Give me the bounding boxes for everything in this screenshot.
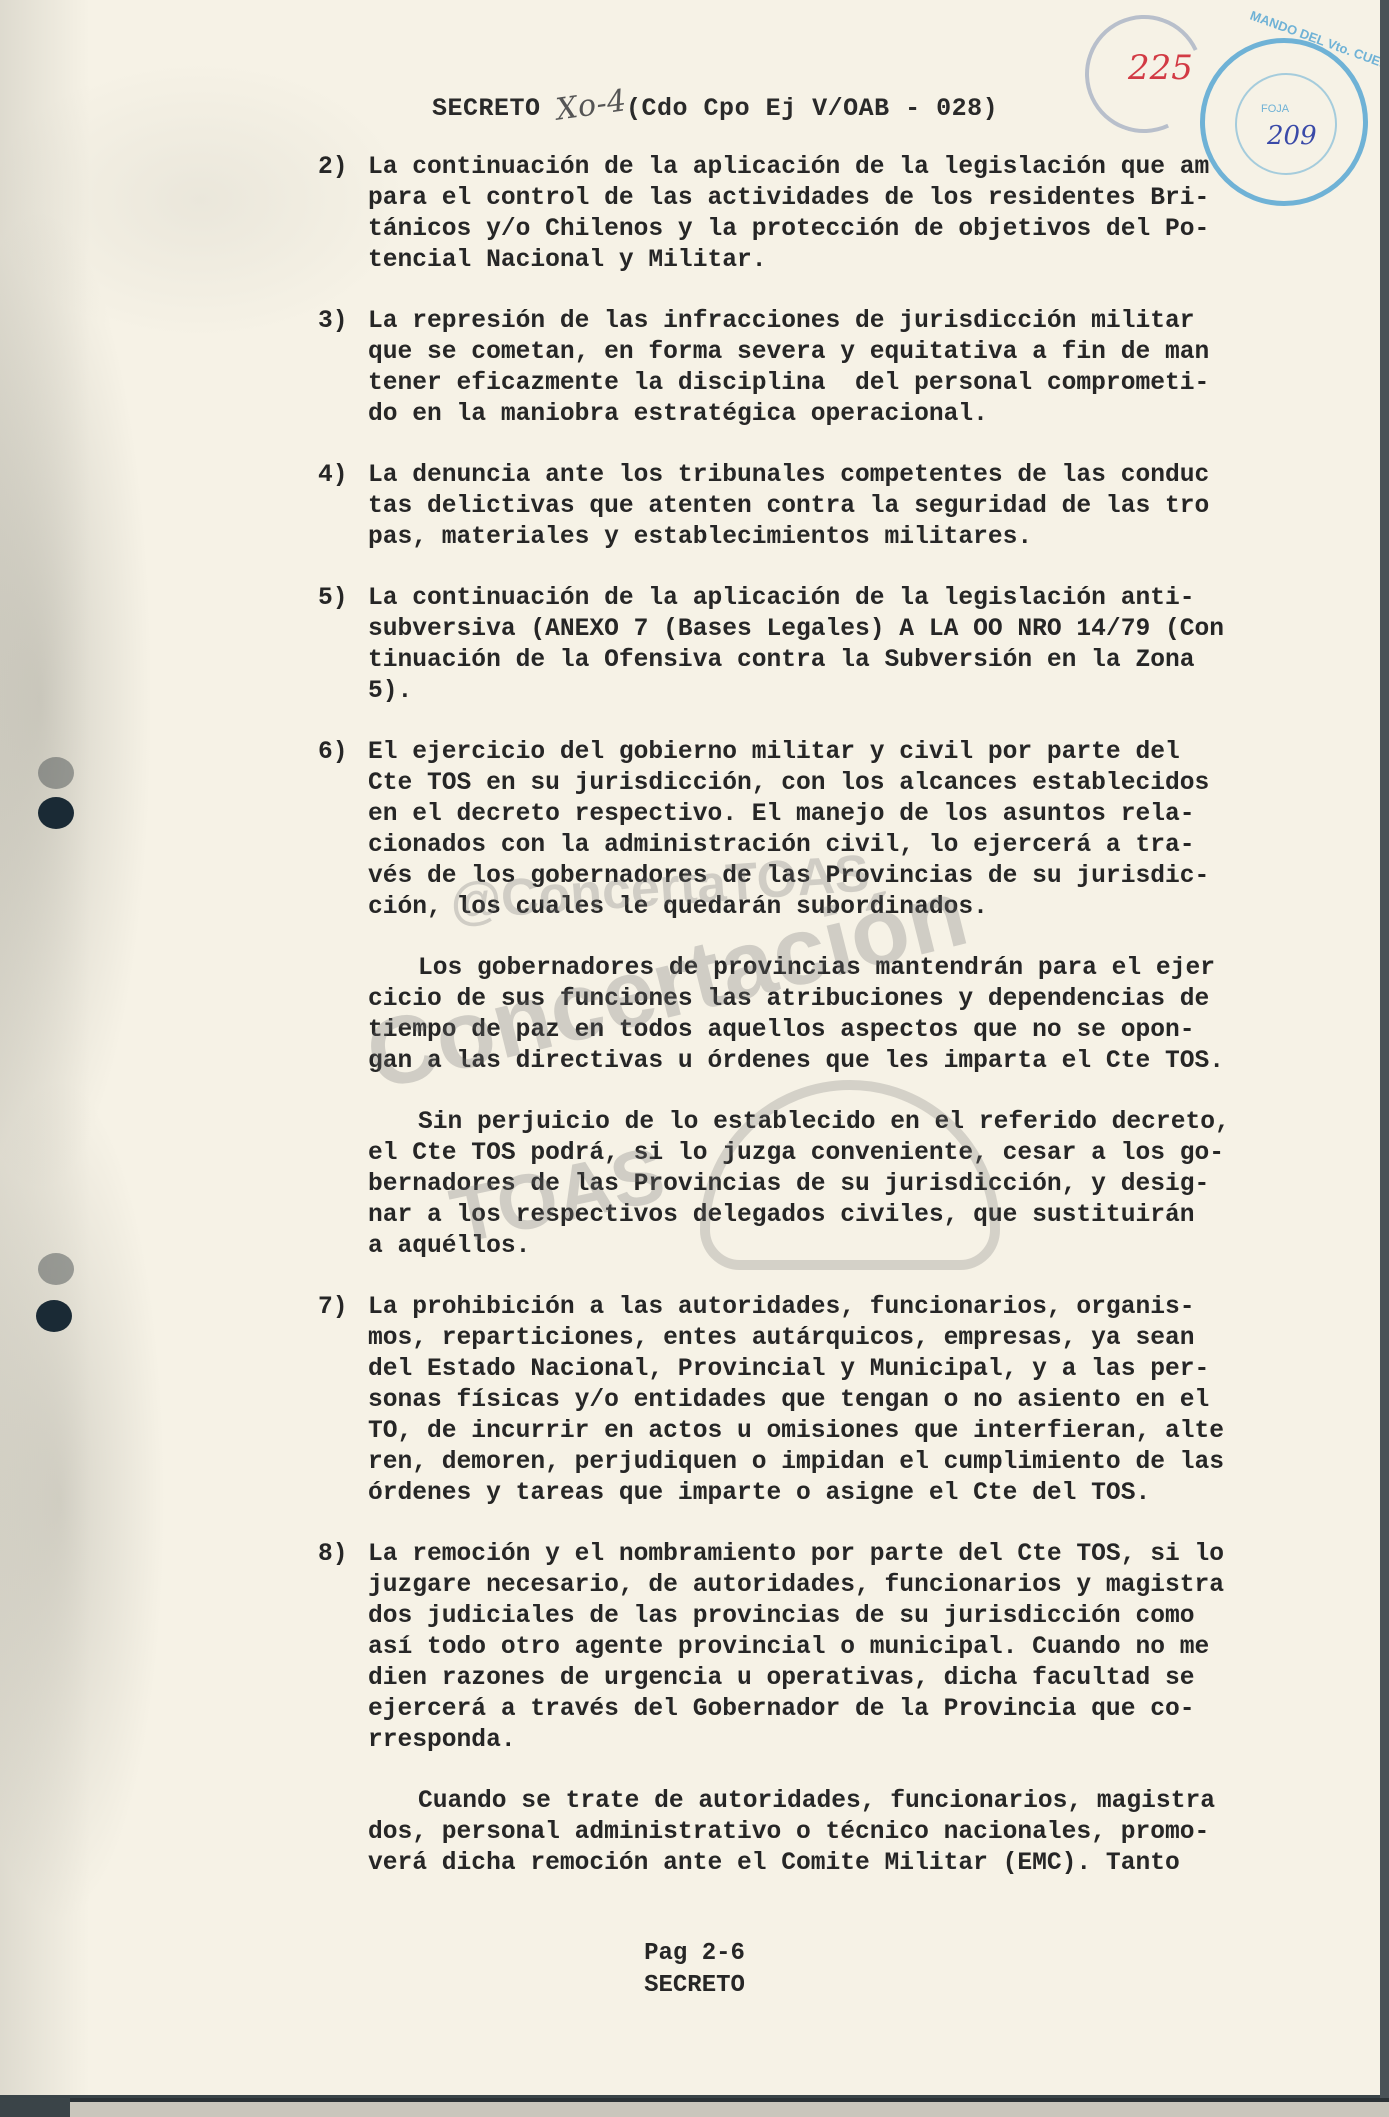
item-text: La prohibición a las autoridades, funcio… — [368, 1292, 1328, 1509]
text-line: La prohibición a las autoridades, funcio… — [368, 1292, 1328, 1323]
text-line: ción, los cuales le quedarán subordinado… — [368, 892, 1328, 923]
text-line: dien razones de urgencia u operativas, d… — [368, 1663, 1328, 1694]
text-line: TO, de incurrir en actos u omisiones que… — [368, 1416, 1328, 1447]
item-text: La represión de las infracciones de juri… — [368, 306, 1328, 430]
numbered-item: 6)El ejercicio del gobierno militar y ci… — [318, 737, 1328, 923]
text-line: La represión de las infracciones de juri… — [368, 306, 1328, 337]
footer-classification: SECRETO — [0, 1970, 1389, 2002]
item-text: La remoción y el nombramiento por parte … — [368, 1539, 1328, 1756]
text-line: así todo otro agente provincial o munici… — [368, 1632, 1328, 1663]
text-line: subversiva (ANEXO 7 (Bases Legales) A LA… — [368, 614, 1328, 645]
item-text: La continuación de la aplicación de la l… — [368, 152, 1328, 276]
text-line: juzgare necesario, de autoridades, funci… — [368, 1570, 1328, 1601]
document-page: 225 MANDO DEL Vto. CUERPO DE EJERCITO FO… — [0, 0, 1380, 2095]
text-line: El ejercicio del gobierno militar y civi… — [368, 737, 1328, 768]
page-number: Pag 2-6 — [0, 1938, 1389, 1970]
text-line: cionados con la administración civil, lo… — [368, 830, 1328, 861]
item-text: La denuncia ante los tribunales competen… — [368, 460, 1328, 553]
text-line: tener eficazmente la disciplina del pers… — [368, 368, 1328, 399]
punch-hole — [36, 1300, 72, 1332]
item-number: 5) — [318, 583, 368, 707]
punch-hole — [38, 797, 74, 829]
text-line: en el decreto respectivo. El manejo de l… — [368, 799, 1328, 830]
text-line: tánicos y/o Chilenos y la protección de … — [368, 214, 1328, 245]
text-line: ren, demoren, perjudiquen o impidan el c… — [368, 1447, 1328, 1478]
text-line: para el control de las actividades de lo… — [368, 183, 1328, 214]
text-line: do en la maniobra estratégica operaciona… — [368, 399, 1328, 430]
document-body: 2)La continuación de la aplicación de la… — [318, 152, 1328, 1909]
item-text: La continuación de la aplicación de la l… — [368, 583, 1328, 707]
text-line: del Estado Nacional, Provincial y Munici… — [368, 1354, 1328, 1385]
text-line: La continuación de la aplicación de la l… — [368, 152, 1328, 183]
red-folio-number: 225 — [1128, 48, 1193, 88]
numbered-item: 5)La continuación de la aplicación de la… — [318, 583, 1328, 707]
text-line: gan a las directivas u órdenes que les i… — [368, 1046, 1328, 1077]
item-text: El ejercicio del gobierno militar y civi… — [368, 737, 1328, 923]
document-reference: (Cdo Cpo Ej V/OAB - 028) — [626, 94, 998, 123]
text-line: La remoción y el nombramiento por parte … — [368, 1539, 1328, 1570]
text-line: tiempo de paz en todos aquellos aspectos… — [368, 1015, 1328, 1046]
stamp-label: FOJA — [1261, 103, 1289, 115]
text-line: dos judiciales de las provincias de su j… — [368, 1601, 1328, 1632]
text-line: La denuncia ante los tribunales competen… — [368, 460, 1328, 491]
text-line: verá dicha remoción ante el Comite Milit… — [368, 1848, 1328, 1879]
item-number: 2) — [318, 152, 368, 276]
text-line: Cuando se trate de autoridades, funciona… — [368, 1786, 1328, 1817]
text-line: tinuación de la Ofensiva contra la Subve… — [368, 645, 1328, 676]
stamp-folio-number: 209 — [1267, 121, 1317, 151]
text-line: ejercerá a través del Gobernador de la P… — [368, 1694, 1328, 1725]
numbered-item: 8)La remoción y el nombramiento por part… — [318, 1539, 1328, 1756]
sub-paragraph: Cuando se trate de autoridades, funciona… — [368, 1786, 1328, 1879]
item-number: 8) — [318, 1539, 368, 1756]
text-line: rresponda. — [368, 1725, 1328, 1756]
text-line: tencial Nacional y Militar. — [368, 245, 1328, 276]
numbered-item: 7)La prohibición a las autoridades, func… — [318, 1292, 1328, 1509]
item-number: 3) — [318, 306, 368, 430]
document-header: SECRETO Xo-4(Cdo Cpo Ej V/OAB - 028) — [432, 88, 998, 123]
numbered-item: 4)La denuncia ante los tribunales compet… — [318, 460, 1328, 553]
handwritten-mark: Xo-4 — [554, 83, 628, 127]
text-line: 5). — [368, 676, 1328, 707]
numbered-item: 2)La continuación de la aplicación de la… — [318, 152, 1328, 276]
text-line: cicio de sus funciones las atribuciones … — [368, 984, 1328, 1015]
scan-edge-right — [1380, 0, 1389, 2117]
text-line: que se cometan, en forma severa y equita… — [368, 337, 1328, 368]
punch-hole — [38, 757, 74, 789]
punch-hole — [38, 1253, 74, 1285]
item-number: 6) — [318, 737, 368, 923]
text-line: mos, reparticiones, entes autárquicos, e… — [368, 1323, 1328, 1354]
classification-label: SECRETO — [432, 94, 541, 123]
text-line: Cte TOS en su jurisdicción, con los alca… — [368, 768, 1328, 799]
item-number: 4) — [318, 460, 368, 553]
text-line: sonas físicas y/o entidades que tengan o… — [368, 1385, 1328, 1416]
text-line: vés de los gobernadores de las Provincia… — [368, 861, 1328, 892]
sub-paragraph: Los gobernadores de provincias mantendrá… — [368, 953, 1328, 1077]
text-line: La continuación de la aplicación de la l… — [368, 583, 1328, 614]
text-line: pas, materiales y establecimientos milit… — [368, 522, 1328, 553]
text-line: órdenes y tareas que imparte o asigne el… — [368, 1478, 1328, 1509]
scan-edge-bottom — [70, 2098, 1389, 2117]
text-line: tas delictivas que atenten contra la seg… — [368, 491, 1328, 522]
text-line: dos, personal administrativo o técnico n… — [368, 1817, 1328, 1848]
text-line: Los gobernadores de provincias mantendrá… — [368, 953, 1328, 984]
item-number: 7) — [318, 1292, 368, 1509]
numbered-item: 3)La represión de las infracciones de ju… — [318, 306, 1328, 430]
